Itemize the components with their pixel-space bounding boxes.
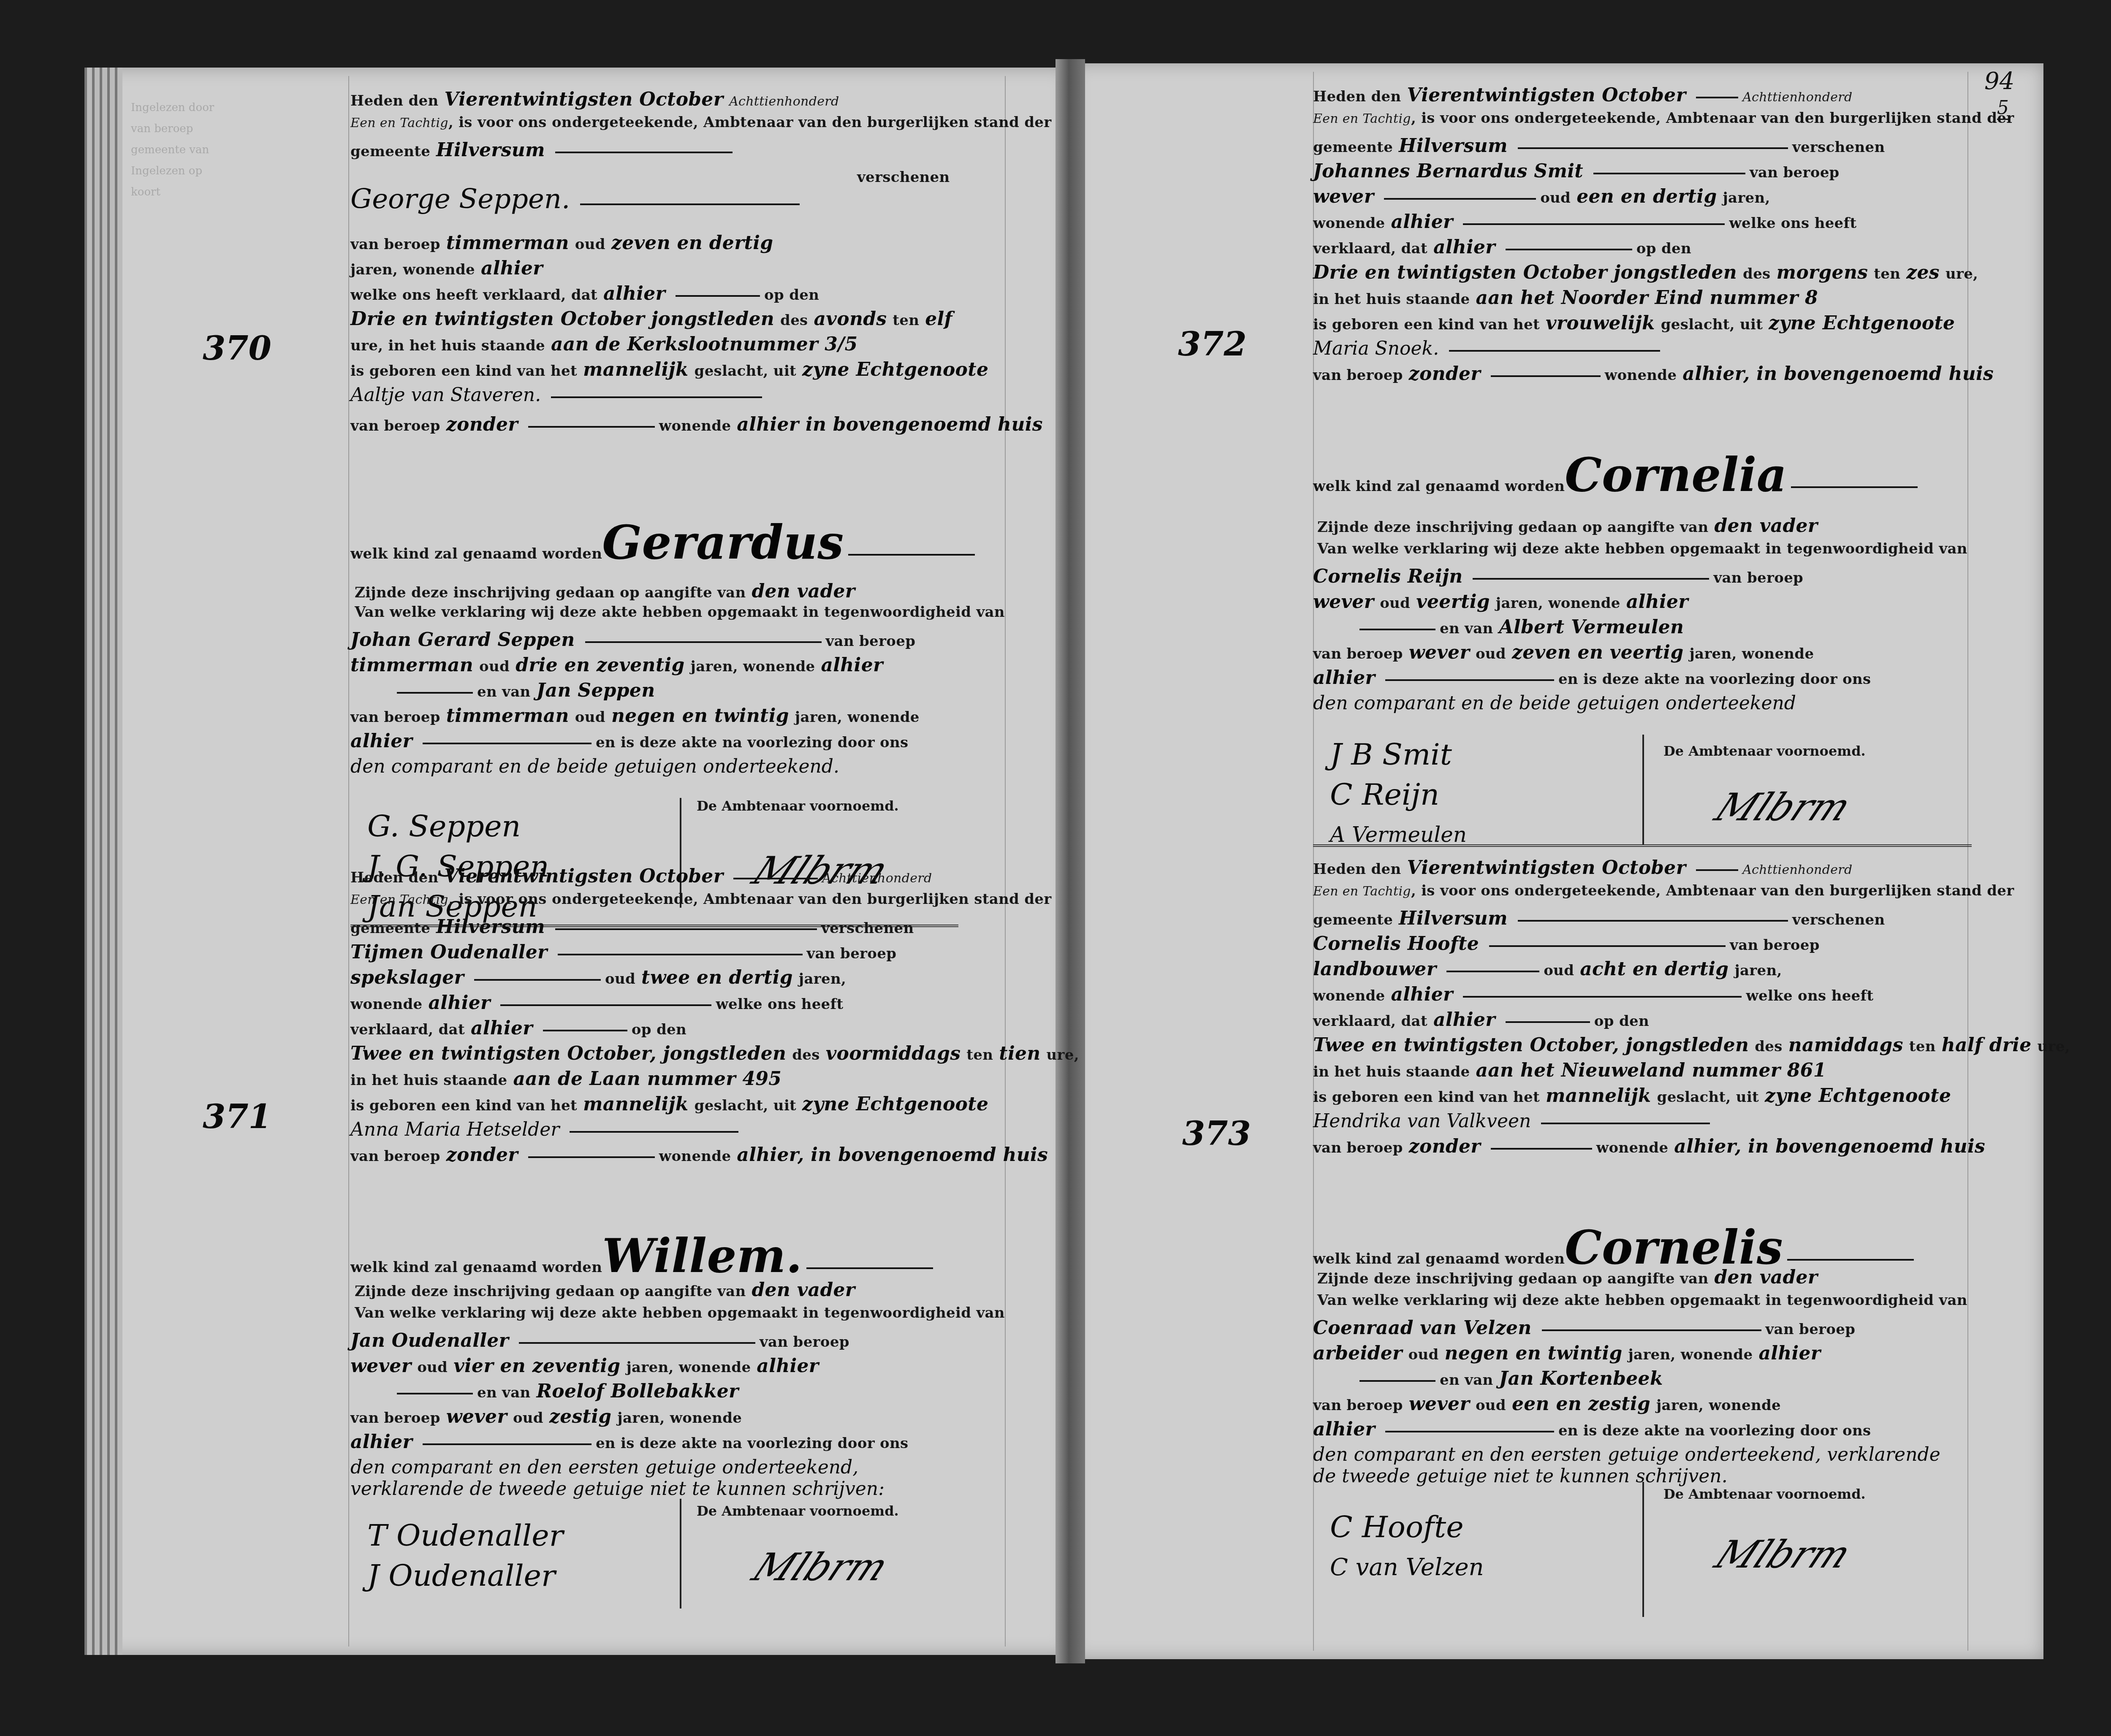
hour: tien: [999, 1043, 1040, 1064]
label: op den: [1636, 240, 1691, 257]
book-gutter: [1055, 59, 1085, 1663]
label: oud: [1544, 962, 1574, 979]
label: Heden den: [350, 869, 439, 886]
witness1-age: negen en twintig: [1445, 1343, 1623, 1364]
label: in het huis staande: [350, 1072, 507, 1089]
label: ten: [1874, 266, 1900, 282]
label: , is voor ons ondergeteekende, Ambtenaar…: [1411, 110, 2014, 127]
label: in het huis staande: [1313, 291, 1470, 308]
witness2-residence: alhier: [350, 1431, 412, 1453]
signature-divider: [1642, 735, 1644, 844]
label: oud: [479, 658, 510, 675]
occupation: wever: [1313, 186, 1374, 207]
witness2-residence: alhier: [1313, 1419, 1375, 1440]
official-signature: Mlbrm: [746, 1545, 896, 1590]
label: Een en Tachtig: [1313, 884, 1411, 899]
entry-number: 370: [203, 329, 271, 368]
label: ure,: [1945, 266, 1978, 282]
occupation: landbouwer: [1313, 958, 1436, 980]
label: wonende: [403, 261, 475, 278]
entry-separator: [1313, 844, 1972, 847]
witness1-residence: alhier: [757, 1355, 819, 1377]
mother-occupation: zonder: [446, 414, 518, 435]
birth-date: Twee en twintigsten October, jongstleden: [350, 1043, 786, 1064]
place: alhier: [471, 1017, 533, 1039]
official-label: De Ambtenaar voornoemd.: [697, 798, 899, 814]
label: van beroep: [1313, 646, 1403, 662]
entry-date: Vierentwintigsten October: [445, 865, 724, 887]
label: oud: [1540, 190, 1571, 206]
label: jaren, wonende: [691, 658, 815, 675]
label: jaren,: [350, 261, 398, 278]
label: des: [780, 312, 808, 329]
label: en van: [1440, 620, 1493, 637]
label: ure,: [1047, 1047, 1079, 1063]
witness2-occupation: wever: [1409, 642, 1470, 663]
label: en is deze akte na voorlezing door ons: [1558, 671, 1871, 688]
label: geslacht, uit: [695, 1097, 797, 1114]
label: van beroep: [760, 1334, 849, 1351]
label: Van welke verklaring wij deze akte hebbe…: [1317, 540, 1967, 557]
label: Achttienhonderd: [729, 94, 839, 109]
mother-residence: alhier, in bovengenoemd huis: [1674, 1136, 1985, 1157]
label: van beroep: [1313, 1397, 1403, 1414]
label: oud: [1408, 1346, 1439, 1363]
relation: zyne Echtgenoote: [802, 1093, 988, 1115]
label: op den: [764, 287, 819, 304]
official-signature: Mlbrm: [1708, 785, 1859, 830]
witness1-residence: alhier: [1626, 591, 1688, 613]
municipality: Hilversum: [1399, 135, 1508, 157]
label: gemeente: [1313, 139, 1393, 156]
label: en is deze akte na voorlezing door ons: [1558, 1422, 1871, 1439]
label: oud: [417, 1359, 448, 1376]
label: gemeente: [350, 920, 430, 937]
signature: J B Smit: [1330, 735, 1467, 775]
entry-date: Vierentwintigsten October: [445, 89, 724, 110]
label: oud: [575, 709, 605, 726]
municipality: Hilversum: [436, 916, 545, 938]
witness1-age: veertig: [1416, 591, 1490, 613]
age: een en dertig: [1576, 186, 1717, 207]
declarant-name: Cornelis Hoofte: [1313, 933, 1479, 955]
witness1-age: vier en zeventig: [453, 1355, 620, 1377]
label: gemeente: [1313, 911, 1393, 928]
bleed-through-text: Ingelezen door van beroep gemeente van I…: [131, 97, 291, 203]
label: van beroep: [1313, 1139, 1403, 1156]
label: , is voor ons ondergeteekende, Ambtenaar…: [448, 891, 1052, 908]
residence: alhier: [481, 258, 543, 279]
label: des: [1743, 266, 1770, 282]
sex: mannelijk: [583, 359, 689, 380]
signature-divider: [680, 1499, 681, 1609]
birth-date: Drie en twintigsten October jongstleden: [350, 308, 774, 330]
label: wonende: [659, 418, 731, 434]
residence: alhier: [1391, 211, 1453, 233]
official-label: De Ambtenaar voornoemd.: [697, 1503, 899, 1519]
municipality: Hilversum: [1399, 908, 1508, 929]
witness2-occupation: timmerman: [446, 705, 569, 727]
label: jaren, wonende: [626, 1359, 751, 1376]
label: wonende: [1313, 987, 1385, 1004]
declarant-name: George Seppen.: [350, 184, 570, 215]
label: op den: [1594, 1013, 1649, 1030]
label: jaren, wonende: [1656, 1397, 1781, 1414]
witness2-residence: alhier: [1313, 667, 1375, 689]
label: oud: [513, 1410, 543, 1427]
mother-residence: alhier, in bovengenoemd huis: [1682, 363, 1994, 385]
signature: C Hoofte: [1330, 1507, 1484, 1547]
label: van beroep: [350, 418, 440, 434]
witness1-occupation: arbeider: [1313, 1343, 1403, 1364]
label: welke ons heeft: [1729, 215, 1856, 232]
label: Een en Tachtig: [350, 116, 448, 130]
address: aan de Laan nummer 495: [513, 1068, 781, 1090]
label: Van welke verklaring wij deze akte hebbe…: [355, 1305, 1005, 1321]
label: oud: [1476, 1397, 1506, 1414]
label: en van: [1440, 1372, 1493, 1389]
signatures: T Oudenaller J Oudenaller: [367, 1516, 563, 1596]
label: welk kind zal genaamd worden: [350, 545, 602, 562]
witness2-age: zestig: [549, 1406, 611, 1427]
label: en is deze akte na voorlezing door ons: [596, 734, 909, 751]
label: wonende: [659, 1148, 731, 1165]
mother-residence: alhier, in bovengenoemd huis: [737, 1144, 1048, 1166]
child-name: Cornelia: [1565, 448, 1787, 502]
declarant-name: Johannes Bernardus Smit: [1313, 160, 1583, 182]
residence: alhier: [429, 992, 491, 1014]
witness1-occupation: wever: [1313, 591, 1374, 613]
child-name: Gerardus: [602, 515, 844, 570]
label: ure,: [350, 337, 383, 354]
witness1-name: Coenraad van Velzen: [1313, 1317, 1532, 1339]
birth-date: Drie en twintigsten October jongstleden: [1313, 262, 1737, 283]
sex: vrouwelijk: [1546, 312, 1655, 334]
time-of-day: namiddags: [1788, 1034, 1903, 1056]
declarant-role: den vader: [1714, 515, 1818, 537]
entry-number: 371: [203, 1098, 271, 1136]
label: geslacht, uit: [1661, 316, 1763, 333]
entry-number: 373: [1182, 1115, 1251, 1153]
label: en van: [477, 684, 531, 700]
witness2-name: Roelof Bollebakker: [537, 1381, 739, 1402]
label: en van: [477, 1384, 531, 1401]
age: twee en dertig: [641, 967, 793, 988]
witness2-name: Jan Seppen: [537, 680, 655, 701]
label: verschenen: [857, 169, 950, 186]
declarant-role: den vader: [752, 580, 855, 602]
label: jaren,: [799, 971, 846, 987]
witness2-age: negen en twintig: [611, 705, 789, 727]
witness1-name: Johan Gerard Seppen: [350, 629, 575, 651]
mother-residence: alhier in bovengenoemd huis: [737, 414, 1042, 435]
witness1-name: Jan Oudenaller: [350, 1330, 509, 1351]
witness2-occupation: wever: [446, 1406, 507, 1427]
label: verschenen: [1792, 911, 1885, 928]
label: van beroep: [1750, 164, 1840, 181]
label: wonende: [1313, 215, 1385, 232]
label: welke ons heeft: [1746, 987, 1873, 1004]
place: alhier: [603, 283, 665, 304]
time-of-day: morgens: [1777, 262, 1868, 283]
witness1-occupation: timmerman: [350, 654, 473, 676]
label: Een en Tachtig: [1313, 111, 1411, 126]
label: welk kind zal genaamd worden: [1313, 478, 1565, 495]
label: oud: [1380, 595, 1410, 612]
label: geslacht, uit: [1657, 1089, 1759, 1106]
label: ten: [893, 312, 919, 329]
signature: C Reijn: [1330, 775, 1467, 815]
label: Van welke verklaring wij deze akte hebbe…: [355, 604, 1005, 621]
label: Een en Tachtig: [350, 892, 448, 907]
ghost-line: koort: [131, 182, 291, 203]
mother-name: Anna Maria Hetselder: [350, 1119, 559, 1140]
ghost-line: van beroep: [131, 118, 291, 139]
page-number: 94: [1984, 68, 2014, 95]
signature: C van Velzen: [1330, 1547, 1484, 1587]
official-label: De Ambtenaar voornoemd.: [1663, 743, 1866, 759]
label: , is voor ons ondergeteekende, Ambtenaar…: [1411, 882, 2014, 899]
address: aan de Kerkslootnummer 3/5: [551, 334, 858, 355]
witness2-age: zeven en veertig: [1512, 642, 1684, 663]
label: oud: [1476, 646, 1506, 662]
child-name: Willem.: [602, 1229, 802, 1283]
closing-statement: den comparant en den eersten getuige ond…: [350, 1457, 885, 1500]
label: welk kind zal genaamd worden: [350, 1259, 602, 1276]
witness1-age: drie en zeventig: [516, 654, 684, 676]
label: verklaard, dat: [350, 1021, 465, 1038]
ghost-line: Ingelezen door: [131, 97, 291, 118]
mother-name: Hendrika van Valkveen: [1313, 1110, 1531, 1132]
label: wonende: [1605, 367, 1677, 384]
label: jaren, wonende: [1496, 595, 1620, 612]
label: ure,: [2038, 1038, 2070, 1055]
entry-date: Vierentwintigsten October: [1407, 857, 1686, 879]
label: jaren, wonende: [1689, 646, 1814, 662]
residence: alhier: [1391, 984, 1453, 1005]
declarant-name: Tijmen Oudenaller: [350, 941, 548, 963]
closing-statement: den comparant en de beide getuigen onder…: [1313, 692, 1796, 714]
label: van beroep: [350, 236, 440, 253]
label: verschenen: [1792, 139, 1885, 156]
witness2-name: Albert Vermeulen: [1499, 616, 1684, 638]
entry-number: 372: [1178, 325, 1247, 363]
mother-name: Maria Snoek.: [1313, 338, 1439, 359]
label: van beroep: [1730, 937, 1820, 954]
label: oud: [605, 971, 635, 987]
label: oud: [575, 236, 605, 253]
signature: J Oudenaller: [367, 1556, 563, 1596]
label: verschenen: [821, 920, 914, 937]
official-label: De Ambtenaar voornoemd.: [1663, 1486, 1866, 1502]
label: geslacht, uit: [695, 363, 797, 380]
relation: zyne Echtgenoote: [1769, 312, 1955, 334]
witness2-residence: alhier: [350, 730, 412, 752]
book-edge: [84, 68, 122, 1655]
label: is geboren een kind van het: [350, 1097, 577, 1114]
witness1-name: Cornelis Reijn: [1313, 566, 1463, 587]
witness2-name: Jan Kortenbeek: [1499, 1368, 1663, 1389]
margin-rule: [1967, 72, 1968, 1651]
mother-occupation: zonder: [1409, 363, 1481, 385]
signatures: J B Smit C Reijn A Vermeulen: [1330, 735, 1467, 855]
label: jaren, wonende: [617, 1410, 742, 1427]
signature: A Vermeulen: [1330, 815, 1467, 855]
label: Zijnde deze inschrijving gedaan op aangi…: [355, 584, 746, 601]
label: van beroep: [826, 633, 916, 650]
declarant-role: den vader: [1714, 1267, 1818, 1288]
age: acht en dertig: [1580, 958, 1728, 980]
label: jaren, wonende: [795, 709, 920, 726]
label: Zijnde deze inschrijving gedaan op aangi…: [1317, 1270, 1708, 1287]
label: des: [1755, 1038, 1782, 1055]
closing-statement: den comparant en de beide getuigen onder…: [350, 756, 839, 777]
age: zeven en dertig: [611, 232, 773, 254]
margin-rule: [1005, 76, 1006, 1646]
label: van beroep: [350, 1148, 440, 1165]
birth-date: Twee en twintigsten October, jongstleden: [1313, 1034, 1749, 1056]
official-signature: Mlbrm: [1708, 1533, 1859, 1577]
address: aan het Nieuweland nummer 861: [1476, 1060, 1826, 1081]
label: gemeente: [350, 143, 430, 160]
witness2-occupation: wever: [1409, 1393, 1470, 1415]
label: van beroep: [1766, 1321, 1856, 1338]
label: en is deze akte na voorlezing door ons: [596, 1435, 909, 1452]
label: welke ons heeft: [716, 996, 843, 1013]
declarant-role: den vader: [752, 1279, 855, 1301]
occupation: timmerman: [446, 232, 569, 254]
label: wonende: [1596, 1139, 1669, 1156]
entry-date: Vierentwintigsten October: [1407, 84, 1686, 106]
label: verklaard, dat: [1313, 1013, 1427, 1030]
label: Zijnde deze inschrijving gedaan op aangi…: [355, 1283, 746, 1300]
label: verklaard, dat: [1313, 240, 1427, 257]
relation: zyne Echtgenoote: [1765, 1085, 1951, 1107]
label: ten: [1909, 1038, 1936, 1055]
label: Van welke verklaring wij deze akte hebbe…: [1317, 1292, 1967, 1309]
mother-occupation: zonder: [446, 1144, 518, 1166]
witness2-age: een en zestig: [1512, 1393, 1650, 1415]
label: jaren, wonende: [1628, 1346, 1753, 1363]
label: des: [792, 1047, 819, 1063]
label: Zijnde deze inschrijving gedaan op aangi…: [1317, 519, 1708, 536]
label: is geboren een kind van het: [1313, 316, 1540, 333]
margin-rule: [348, 76, 349, 1646]
label: Achttienhonderd: [822, 871, 932, 886]
label: welk kind zal genaamd worden: [1313, 1250, 1565, 1267]
ghost-line: Ingelezen op: [131, 160, 291, 182]
hour: half drie: [1942, 1034, 2032, 1056]
label: ten: [966, 1047, 993, 1063]
sex: mannelijk: [583, 1093, 689, 1115]
mother-name: Aaltje van Staveren.: [350, 384, 541, 406]
label: verklaard, dat: [483, 287, 597, 304]
label: is geboren een kind van het: [350, 363, 577, 380]
closing-statement: den comparant en den eersten getuige ond…: [1313, 1444, 1940, 1487]
address: aan het Noorder Eind nummer 8: [1476, 287, 1818, 309]
ghost-line: gemeente van: [131, 139, 291, 160]
time-of-day: avonds: [814, 308, 887, 330]
witness1-residence: alhier: [1758, 1343, 1821, 1364]
sex: mannelijk: [1546, 1085, 1651, 1107]
place: alhier: [1433, 236, 1495, 258]
hour: elf: [925, 308, 952, 330]
witness1-residence: alhier: [821, 654, 883, 676]
label: wonende: [350, 996, 423, 1013]
mother-occupation: zonder: [1409, 1136, 1481, 1157]
signature: T Oudenaller: [367, 1516, 563, 1556]
occupation: spekslager: [350, 967, 464, 988]
label: jaren,: [1734, 962, 1782, 979]
label: Heden den: [350, 92, 439, 109]
label: , is voor ons ondergeteekende, Ambtenaar…: [448, 114, 1052, 131]
label: Achttienhonderd: [1742, 90, 1852, 105]
hour: zes: [1906, 262, 1940, 283]
label: van beroep: [350, 1410, 440, 1427]
label: van beroep: [807, 945, 897, 962]
label: in het huis staande: [388, 337, 545, 354]
municipality: Hilversum: [436, 139, 545, 161]
relation: zyne Echtgenoote: [802, 359, 988, 380]
label: Achttienhonderd: [1742, 863, 1852, 877]
time-of-day: voormiddags: [826, 1043, 961, 1064]
label: Heden den: [1313, 861, 1401, 878]
label: op den: [632, 1021, 686, 1038]
label: Heden den: [1313, 88, 1401, 105]
signatures: C Hoofte C van Velzen: [1330, 1507, 1484, 1587]
signature-divider: [1642, 1482, 1644, 1617]
signature: G. Seppen: [367, 806, 549, 846]
label: welke ons heeft: [350, 287, 478, 304]
label: is geboren een kind van het: [1313, 1089, 1540, 1106]
label: van beroep: [350, 709, 440, 726]
witness1-occupation: wever: [350, 1355, 411, 1377]
label: in het huis staande: [1313, 1063, 1470, 1080]
label: van beroep: [1713, 570, 1803, 586]
label: jaren,: [1723, 190, 1770, 206]
place: alhier: [1433, 1009, 1495, 1031]
label: van beroep: [1313, 367, 1403, 384]
